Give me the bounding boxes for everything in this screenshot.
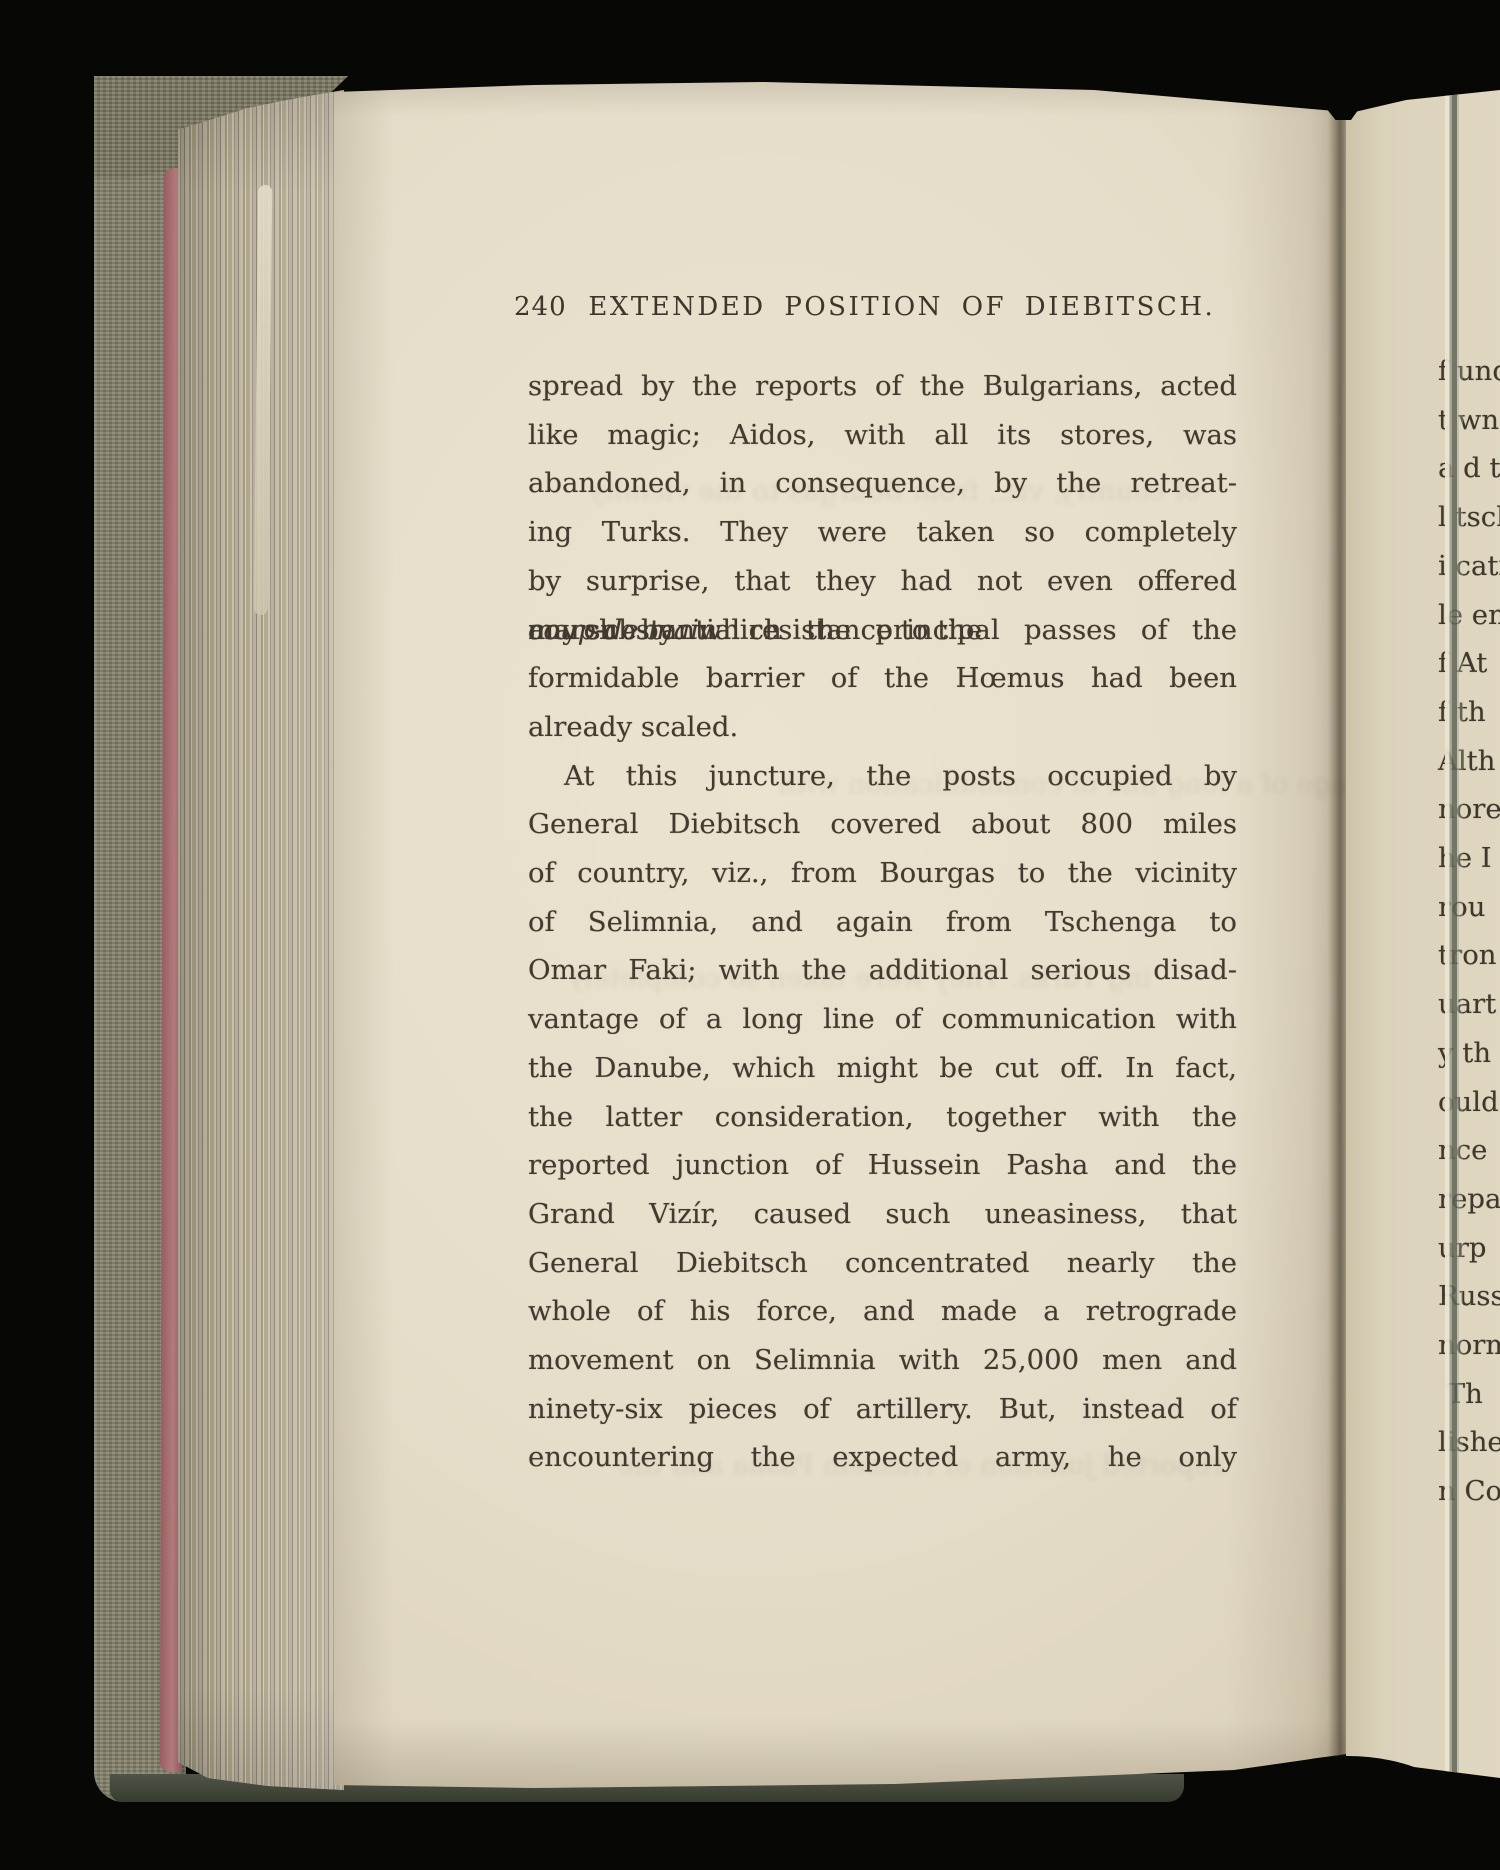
text-line: formidable barrier of the Hœmus had been bbox=[528, 654, 1237, 703]
gutter-crease bbox=[1328, 96, 1348, 1768]
text-line: spread by the reports of the Bulgarians,… bbox=[528, 362, 1237, 411]
text-line: General Diebitsch covered about 800 mile… bbox=[528, 800, 1237, 849]
page-shading-top bbox=[334, 82, 1346, 116]
right-page-sliver: f undt wn,a d tl tschi catile enf Atf th… bbox=[1346, 88, 1500, 1790]
text-line: abandoned, in consequence, by the retrea… bbox=[528, 459, 1237, 508]
text-line: movement on Selimnia with 25,000 men and bbox=[528, 1336, 1237, 1385]
text-line: Grand Vizír, caused such uneasiness, tha… bbox=[528, 1190, 1237, 1239]
page-fore-edge-strip bbox=[1445, 88, 1463, 1790]
body-text: spread by the reports of the Bulgarians,… bbox=[528, 362, 1237, 1482]
text-line: ninety-six pieces of artillery. But, ins… bbox=[528, 1385, 1237, 1434]
text-line: encountering the expected army, he only bbox=[528, 1433, 1237, 1482]
text-line: of country, viz., from Bourgas to the vi… bbox=[528, 849, 1237, 898]
page-shading-left bbox=[334, 82, 394, 1790]
running-head: 240 EXTENDED POSITION OF DIEBITSCH. bbox=[528, 292, 1237, 322]
text-line: the Danube, which might be cut off. In f… bbox=[528, 1044, 1237, 1093]
text-line: vantage of a long line of communication … bbox=[528, 995, 1237, 1044]
text-line: ing Turks. They were taken so completely bbox=[528, 508, 1237, 557]
text-line: General Diebitsch concentrated nearly th… bbox=[528, 1239, 1237, 1288]
page-shading-bottom bbox=[334, 1720, 1346, 1790]
text-line: already scaled. bbox=[528, 703, 1237, 752]
text-line: At this juncture, the posts occupied by bbox=[528, 752, 1237, 801]
text-line: whole of his force, and made a retrograd… bbox=[528, 1287, 1237, 1336]
text-line: march by which the principal passes of t… bbox=[528, 606, 1237, 655]
page-number: 240 bbox=[514, 292, 567, 322]
book-photo: 240 EXTENDED POSITION OF DIEBITSCH. spre… bbox=[0, 0, 1500, 1870]
text-line: Omar Faki; with the additional serious d… bbox=[528, 946, 1237, 995]
text-line: of Selimnia, and again from Tschenga to bbox=[528, 898, 1237, 947]
text-line: the latter consideration, together with … bbox=[528, 1093, 1237, 1142]
text-line: by surprise, that they had not even offe… bbox=[528, 557, 1237, 606]
left-page: 240 EXTENDED POSITION OF DIEBITSCH. spre… bbox=[334, 82, 1346, 1790]
running-header: EXTENDED POSITION OF DIEBITSCH. bbox=[567, 292, 1237, 322]
text-line: reported junction of Hussein Pasha and t… bbox=[528, 1141, 1237, 1190]
text-line: like magic; Aidos, with all its stores, … bbox=[528, 411, 1237, 460]
